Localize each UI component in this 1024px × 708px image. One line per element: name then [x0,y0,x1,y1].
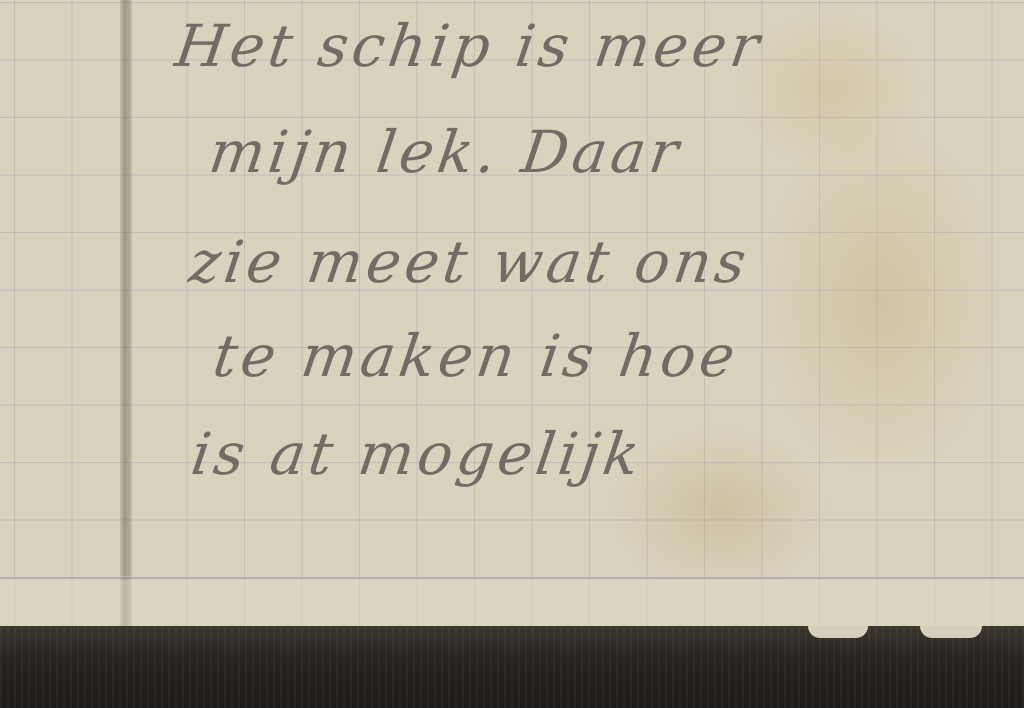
handwritten-text: Het schip is meer mijn lek. Daar zie mee… [0,0,1024,580]
protective-sleeve-edge [0,576,1024,580]
page-edge-notch [920,626,982,638]
handwriting-line-4: te maken is hoe [209,322,743,390]
handwriting-line-5: is at mogelijk [187,420,647,488]
handwriting-line-3: zie meet wat ons [185,228,754,296]
notebook-page: Het schip is meer mijn lek. Daar zie mee… [0,0,1024,628]
handwriting-line-2: mijn lek. Daar [205,118,686,186]
page-edge-notch [808,626,868,638]
dark-backing-surface [0,626,1024,708]
handwriting-line-1: Het schip is meer [171,12,767,80]
sleeve-lower-band [0,580,1024,628]
